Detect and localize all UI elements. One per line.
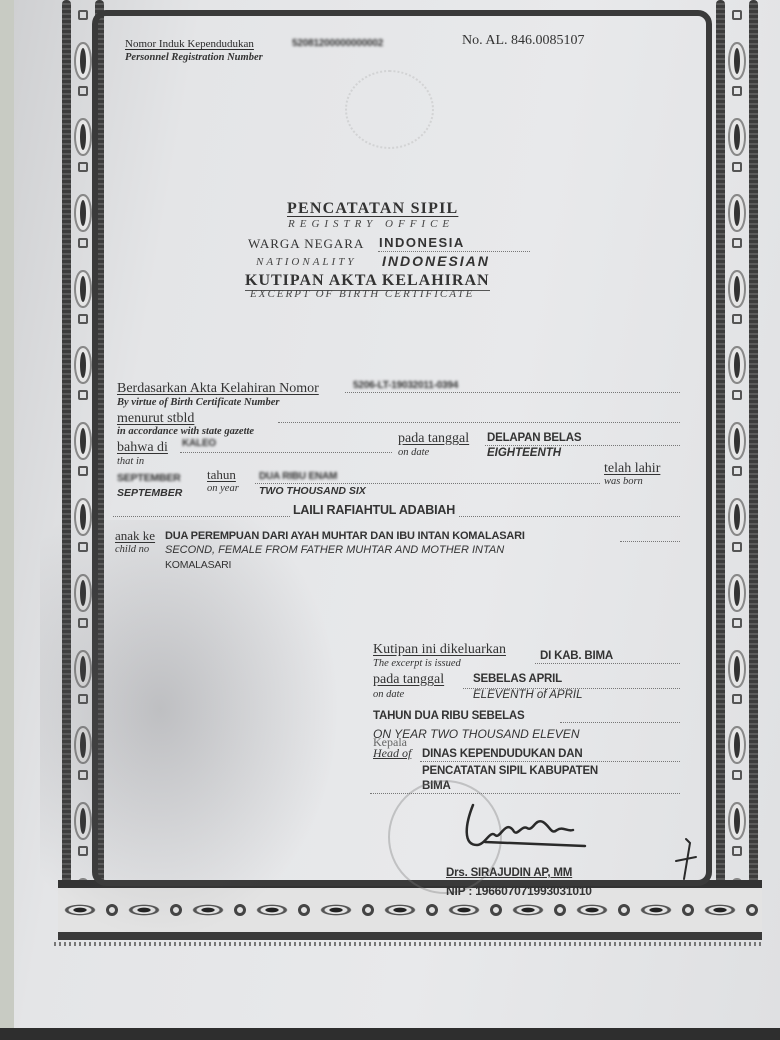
nationality-label-en: NATIONALITY — [256, 256, 356, 268]
child-name: LAILI RAFIAHTUL ADABIAH — [290, 503, 458, 517]
birth-year-label: tahun — [207, 467, 236, 483]
birth-date-value-en: EIGHTEENTH — [487, 447, 561, 459]
issued-place: DI KAB. BIMA — [540, 650, 613, 662]
nationality-label: WARGA NEGARA — [248, 236, 364, 252]
child-no-label: anak ke — [115, 528, 155, 544]
signature — [455, 800, 605, 860]
birth-year-label-en: on year — [207, 483, 239, 494]
child-no-value-en-cont: KOMALASARI — [165, 559, 231, 571]
head-label-en: Head of — [373, 746, 411, 761]
birth-date-value: DELAPAN BELAS — [487, 432, 581, 444]
document-title-en: EXCERPT OF BIRTH CERTIFICATE — [250, 288, 474, 300]
document-number: No. AL. 846.0085107 — [462, 33, 585, 49]
cert-number-label: Berdasarkan Akta Kelahiran Nomor — [117, 381, 319, 397]
nik-value: 52081200000000002 — [292, 38, 383, 49]
office-line-1: DINAS KEPENDUDUKAN DAN — [422, 748, 582, 760]
official-name: Drs. SIRAJUDIN AP, MM — [446, 867, 572, 879]
stbld-label-en: in accordance with state gazette — [117, 426, 254, 437]
birth-year-value: DUA RIBU ENAM — [259, 471, 337, 482]
nationality-value-en: INDONESIAN — [382, 253, 490, 269]
place-value: KALEO — [182, 438, 216, 449]
issued-label-en: The excerpt is issued — [373, 658, 461, 669]
issued-date-label: pada tanggal — [373, 672, 444, 688]
birth-year-value-en: TWO THOUSAND SIX — [259, 485, 366, 497]
initial-mark — [672, 835, 702, 885]
office-title-en: REGISTRY OFFICE — [288, 218, 454, 230]
birth-month-value-en: SEPTEMBER — [117, 487, 182, 499]
cert-number-value: 5206-LT-19032011-0394 — [353, 380, 458, 391]
birth-month-value: SEPTEMBER — [117, 472, 181, 484]
place-label: bahwa di — [117, 440, 168, 456]
child-no-label-en: child no — [115, 544, 149, 555]
child-no-value-en: SECOND, FEMALE FROM FATHER MUHTAR AND MO… — [165, 544, 504, 556]
stbld-label: menurut stbld — [117, 411, 194, 427]
issued-date-value-en: ELEVENTH of APRIL — [473, 689, 583, 701]
nik-label: Nomor Induk Kependudukan — [125, 38, 254, 50]
born-label-en: was born — [604, 476, 643, 487]
issued-year-value: TAHUN DUA RIBU SEBELAS — [373, 710, 525, 722]
birth-date-label-en: on date — [398, 447, 429, 458]
issued-date-value: SEBELAS APRIL — [473, 673, 562, 685]
certificate-content: Nomor Induk Kependudukan Personnel Regis… — [0, 0, 780, 1040]
born-label: telah lahir — [604, 461, 660, 477]
issued-date-label-en: on date — [373, 689, 404, 700]
issued-label: Kutipan ini dikeluarkan — [373, 642, 506, 658]
office-title: PENCATATAN SIPIL — [287, 200, 458, 218]
faint-stamp — [345, 70, 434, 149]
office-line-2: PENCATATAN SIPIL KABUPATEN — [422, 765, 598, 777]
nationality-value: INDONESIA — [379, 235, 465, 250]
birth-date-label: pada tanggal — [398, 431, 469, 447]
child-no-value: DUA PEREMPUAN DARI AYAH MUHTAR DAN IBU I… — [165, 530, 525, 542]
nik-label-en: Personnel Registration Number — [125, 52, 263, 63]
place-label-en: that in — [117, 456, 144, 467]
official-nip: NIP : 196607071993031010 — [446, 884, 592, 898]
cert-number-label-en: By virtue of Birth Certificate Number — [117, 397, 279, 408]
